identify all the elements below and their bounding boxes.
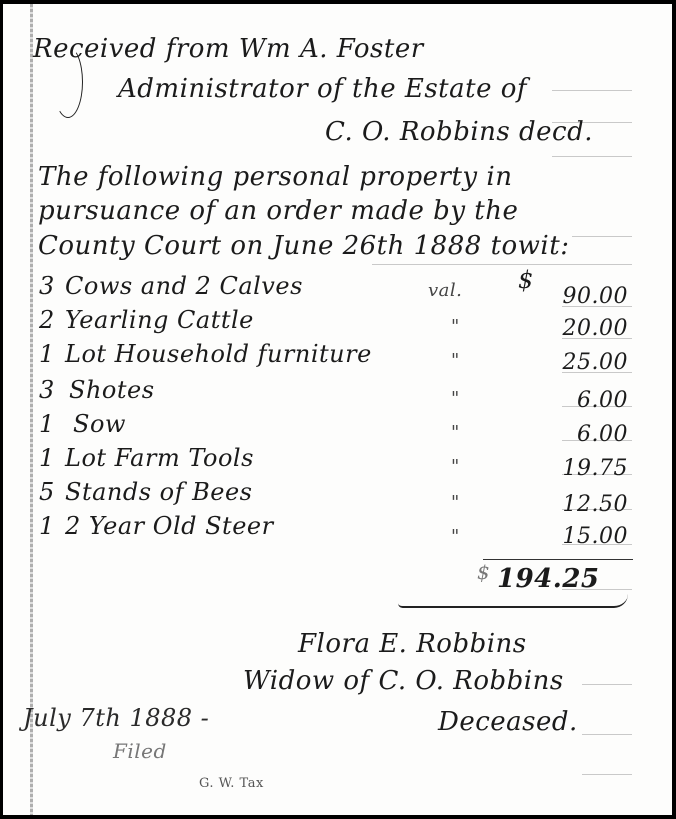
item-qty: 3	[39, 376, 55, 404]
filing-date: July 7th 1888 -	[23, 704, 209, 732]
item-qty: 5	[39, 478, 55, 506]
ruled-line	[552, 90, 632, 91]
item-ditto: val.	[428, 280, 462, 301]
body-line-2: pursuance of an order made by the	[38, 196, 518, 226]
item-description: 2 Year Old Steer	[65, 512, 274, 540]
item-description: Lot Farm Tools	[65, 444, 254, 472]
item-ditto: "	[451, 422, 460, 443]
item-ditto: "	[451, 492, 460, 513]
item-description: Shotes	[69, 376, 155, 404]
item-amount: 6.00	[518, 422, 628, 447]
ruled-line	[572, 236, 632, 237]
total-mark: $	[477, 560, 490, 584]
ruled-line	[372, 264, 632, 265]
body-line-1: The following personal property in	[38, 162, 512, 192]
ruled-line	[582, 734, 632, 735]
item-qty: 3	[39, 272, 55, 300]
item-ditto: "	[451, 350, 460, 371]
signature-title: Widow of C. O. Robbins	[243, 666, 564, 696]
body-line-3: County Court on June 26th 1888 towit:	[38, 231, 569, 261]
item-amount: 90.00	[518, 284, 628, 309]
ruled-line	[582, 684, 632, 685]
item-qty: 1	[39, 512, 55, 540]
signature-deceased: Deceased.	[438, 707, 578, 737]
item-qty: 1	[39, 410, 55, 438]
item-amount: 6.00	[518, 388, 628, 413]
document-page: Received from Wm A. Foster Administrator…	[3, 4, 672, 815]
signature-name: Flora E. Robbins	[298, 629, 527, 659]
item-description: Lot Household furniture	[65, 340, 372, 368]
item-description: Stands of Bees	[65, 478, 252, 506]
item-qty: 2	[39, 306, 55, 334]
item-qty: 1	[39, 444, 55, 472]
item-amount: 20.00	[518, 316, 628, 341]
item-ditto: "	[451, 388, 460, 409]
margin-line	[30, 4, 33, 815]
clerk-initials: G. W. Tax	[199, 776, 264, 791]
ruled-line	[582, 774, 632, 775]
item-amount: 15.00	[518, 524, 628, 549]
item-ditto: "	[451, 526, 460, 547]
ruled-line	[552, 156, 632, 157]
header-administrator-line: Administrator of the Estate of	[118, 74, 527, 104]
sum-rule	[483, 559, 633, 560]
item-qty: 1	[39, 340, 55, 368]
item-description: Sow	[73, 410, 126, 438]
item-amount: 12.50	[518, 492, 628, 517]
header-estate-name: C. O. Robbins decd.	[325, 117, 593, 147]
flourish-decoration	[53, 46, 83, 118]
filing-status: Filed	[113, 739, 167, 763]
header-received-line: Received from Wm A. Foster	[33, 34, 424, 64]
item-ditto: "	[451, 456, 460, 477]
item-ditto: "	[451, 316, 460, 337]
item-description: Cows and 2 Calves	[65, 272, 303, 300]
total-underline-flourish	[398, 594, 628, 608]
item-amount: 25.00	[518, 350, 628, 375]
item-description: Yearling Cattle	[65, 306, 254, 334]
item-amount: 19.75	[518, 456, 628, 481]
total-amount: 194.25	[497, 564, 600, 594]
